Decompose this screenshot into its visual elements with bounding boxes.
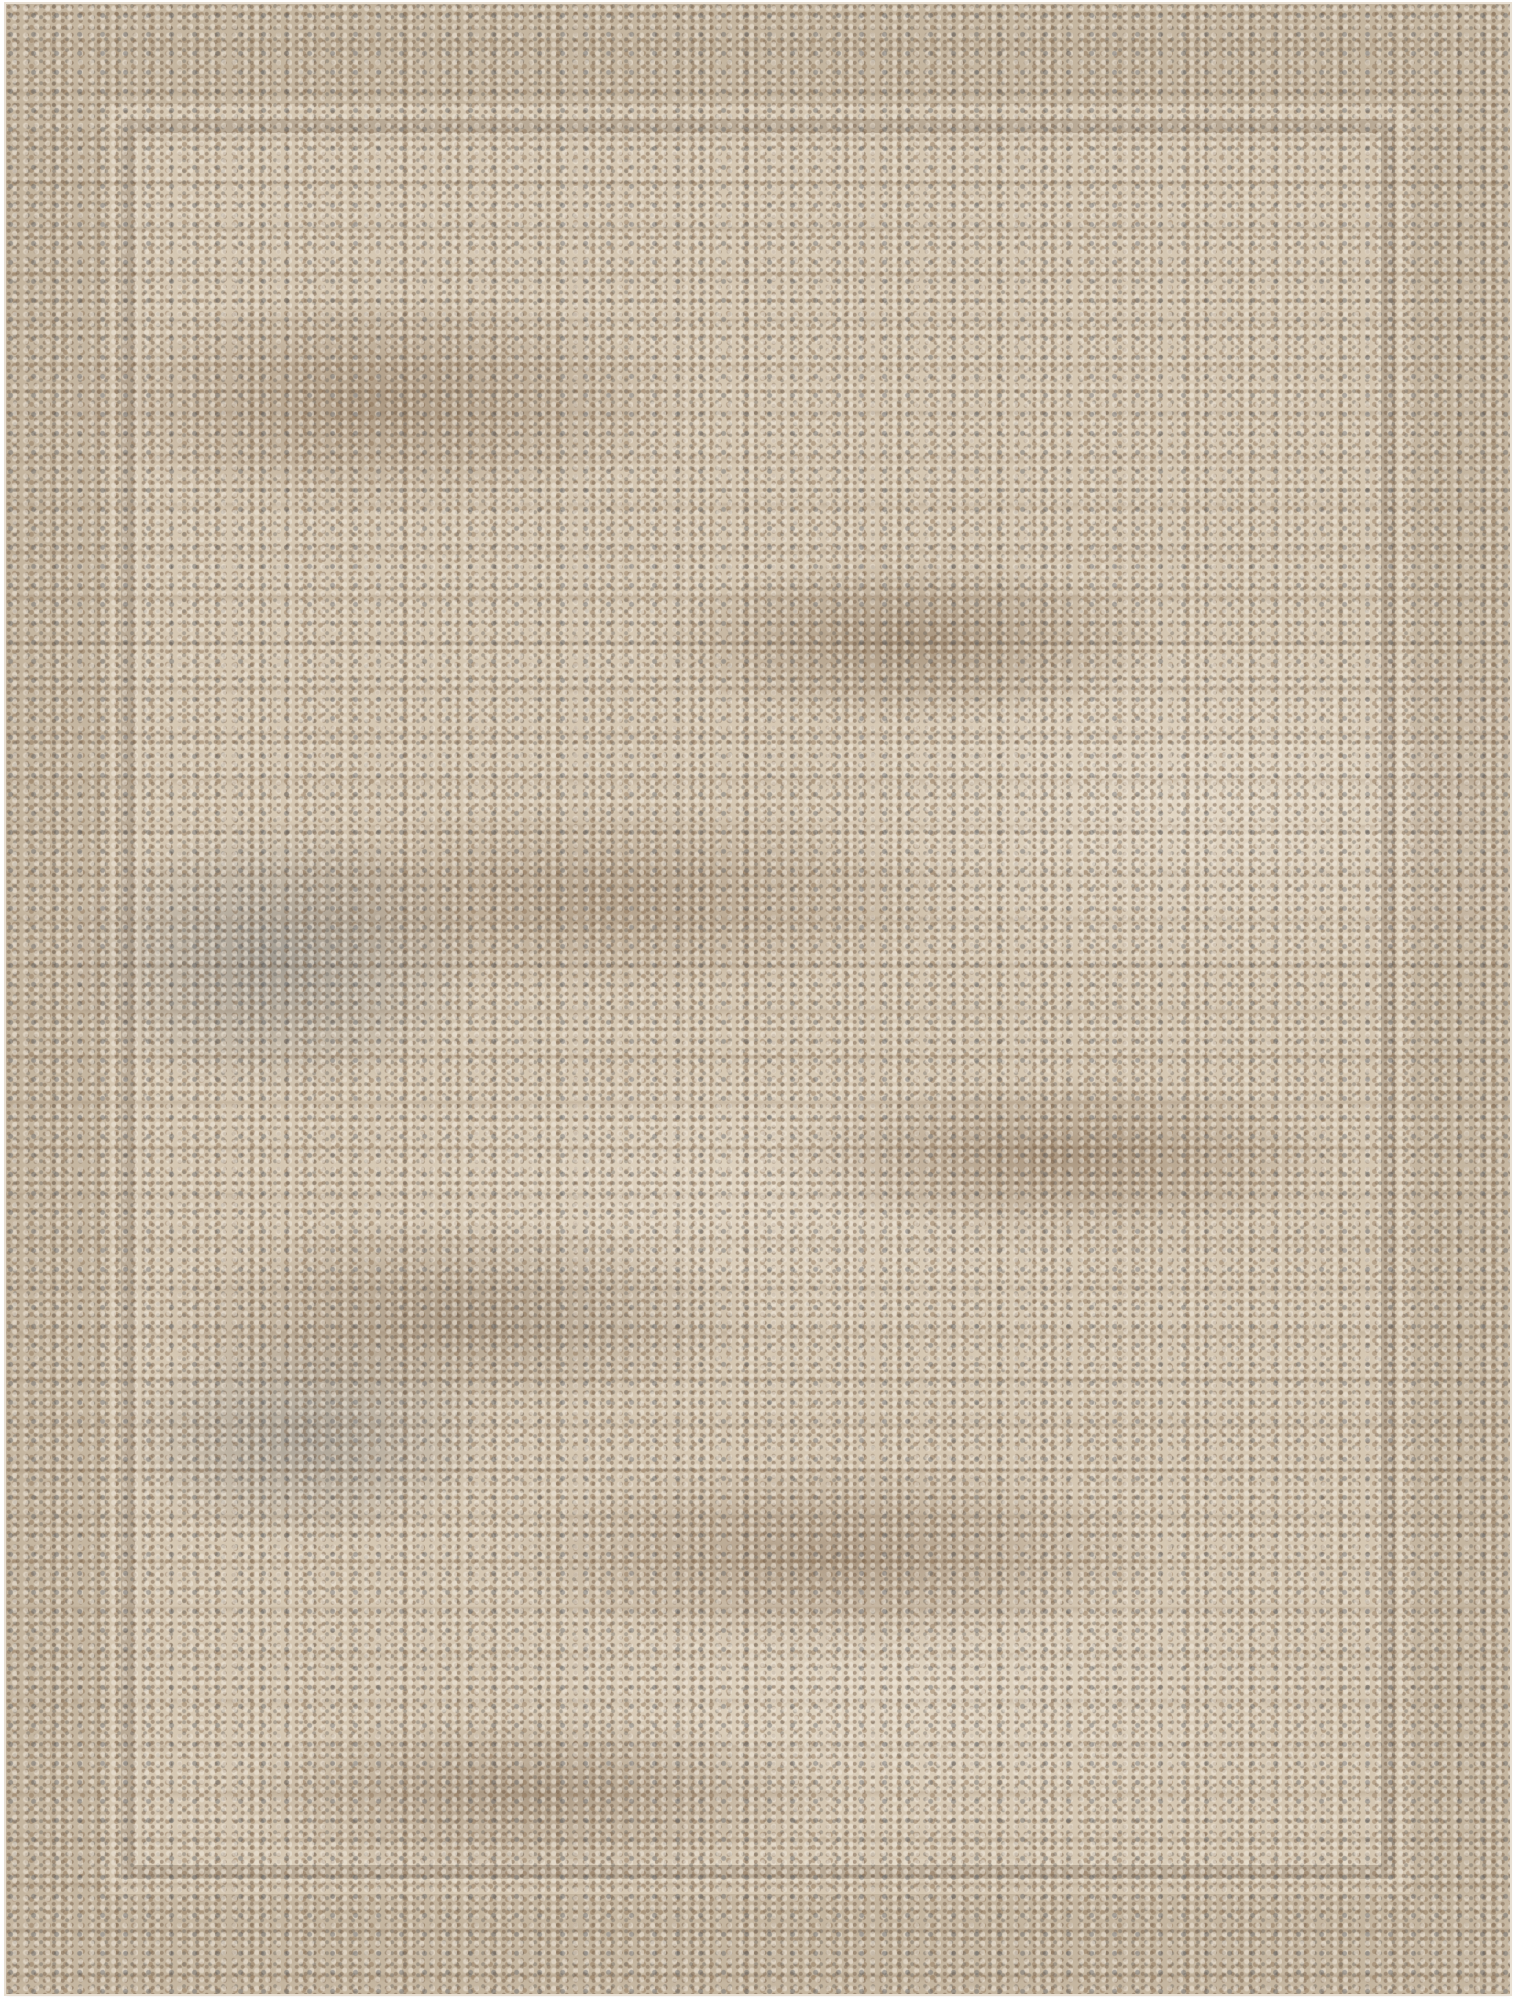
rug — [6, 4, 1510, 1994]
rug-speckle-texture-2 — [6, 4, 1510, 1994]
